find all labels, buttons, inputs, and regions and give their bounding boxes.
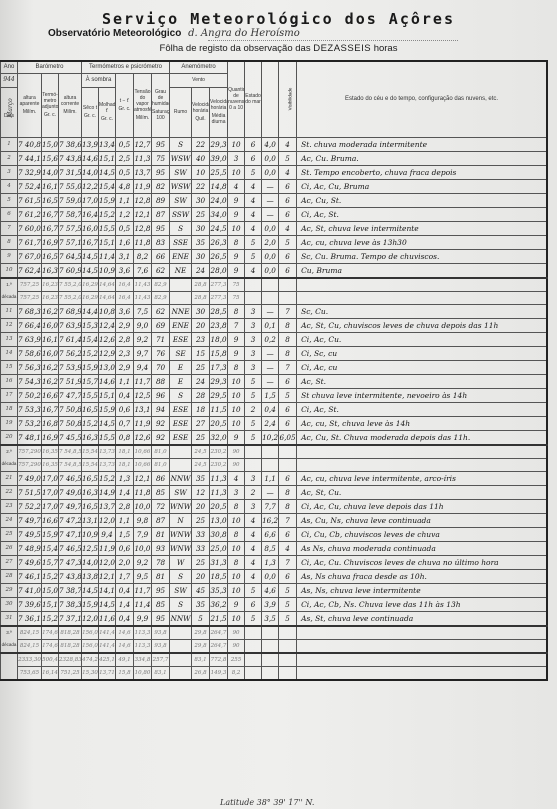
table-row: 317 36,1015,27 37,1012,011,60,49,995NNW5… — [1, 611, 548, 626]
value-cell: 30 — [192, 304, 210, 318]
value-cell: 9 — [228, 332, 245, 346]
value-cell: 7 — [228, 318, 245, 332]
value-cell: 2,8 — [116, 332, 134, 346]
value-cell: 7 52,45 — [18, 179, 42, 193]
ledger-sheet: Serviço Meteorológico dos Açôres Observa… — [0, 0, 557, 809]
summary-cell: 82,9 — [152, 291, 170, 304]
value-cell: 10 — [228, 416, 245, 430]
value-cell: 10 — [228, 165, 245, 179]
value-cell: 2 — [245, 402, 262, 416]
summary-cell: 772,8 — [210, 653, 228, 667]
value-cell: 96 — [152, 388, 170, 402]
value-cell: 70 — [152, 360, 170, 374]
value-cell: 5 — [279, 151, 297, 165]
summary-cell: 10,80 — [134, 666, 152, 680]
value-cell: 18,5 — [210, 569, 228, 583]
value-cell: 7 54,35 — [18, 374, 42, 388]
summary-cell: 16,4 — [116, 291, 134, 304]
summary-cell: 500,4 — [42, 653, 59, 667]
summary-cell: 15,54 — [82, 445, 99, 459]
summary-cell: 141,4 — [99, 626, 116, 640]
summary-cell — [170, 639, 192, 653]
value-cell: 4,6 — [262, 583, 279, 597]
value-cell: 3,6 — [116, 304, 134, 318]
value-cell: 12,1 — [134, 471, 152, 485]
value-cell: 10 — [228, 221, 245, 235]
value-cell: 0,4 — [116, 388, 134, 402]
value-cell: ENE — [170, 249, 192, 263]
value-cell: 7 46,51 — [59, 541, 82, 555]
day-cell: 23 — [1, 499, 18, 513]
summary-cell: 18,1 — [116, 458, 134, 471]
value-cell: 9,9 — [134, 611, 152, 626]
value-cell: 10 — [228, 583, 245, 597]
value-cell: 6 — [279, 402, 297, 416]
value-cell: 22 — [192, 137, 210, 151]
summary-cell: 75 — [228, 278, 245, 292]
value-cell: 17,0 — [42, 471, 59, 485]
value-cell: 95 — [152, 165, 170, 179]
value-cell: 24,0 — [210, 193, 228, 207]
summary-cell: 13,73 — [99, 458, 116, 471]
day-cell: 29 — [1, 583, 18, 597]
value-cell: 7 47,77 — [59, 388, 82, 402]
value-cell: 4 — [245, 263, 262, 278]
remark-cell: Ac, St, chuva leve intermitente — [297, 221, 547, 235]
value-cell: 9 — [228, 597, 245, 611]
sheet-title: Fôlha de registo da observação das DEZAS… — [0, 43, 557, 54]
value-cell: 10,0 — [134, 541, 152, 555]
value-cell: 95 — [152, 137, 170, 151]
value-cell: 7 — [279, 555, 297, 569]
value-cell: 26,5 — [210, 249, 228, 263]
summary-cell — [279, 445, 297, 459]
table-row: 167 54,3516,27 51,9415,714,61,111,788E24… — [1, 374, 548, 388]
remark-cell: Ci, Cu, Cb, chuviscos leves de chuva — [297, 527, 547, 541]
value-cell: SW — [170, 485, 192, 499]
value-cell: — — [262, 374, 279, 388]
value-cell: 11,8 — [134, 485, 152, 499]
summary-cell: 16,35 — [42, 445, 59, 459]
day-cell: 17 — [1, 388, 18, 402]
value-cell: 15,6 — [42, 151, 59, 165]
summary-row: 757,29016,357 54,8,5015,5413,7318,110,66… — [1, 458, 548, 471]
value-cell: 12,6 — [134, 430, 152, 445]
remark-cell: Sc, Cu. — [297, 304, 547, 318]
observatory-line: Observatório Meteorológico d. Angra do H… — [48, 28, 300, 39]
value-cell: 87 — [152, 207, 170, 221]
summary-cell: 751,25 — [59, 666, 82, 680]
value-cell: 7,6 — [134, 263, 152, 278]
value-cell: 0,6 — [116, 402, 134, 416]
observatory-name: d. Angra do Heroísmo — [188, 28, 300, 39]
value-cell: 0,5 — [116, 137, 134, 151]
value-cell: 7 — [279, 304, 297, 318]
summary-row: 3.ª década824,15174,6818,28156,0141,414,… — [1, 626, 548, 640]
remark-cell: As, Cu, Ns, chuva leve continuada — [297, 513, 547, 527]
summary-cell — [245, 639, 262, 653]
remark-cell: Ac, Cu, St. — [297, 193, 547, 207]
value-cell: 7 — [279, 513, 297, 527]
summary-cell — [279, 639, 297, 653]
value-cell: 2,9 — [116, 360, 134, 374]
value-cell: 4 — [279, 165, 297, 179]
summary-label: 3.ª década — [1, 626, 18, 653]
value-cell: 71 — [152, 332, 170, 346]
summary-cell: 16,35 — [42, 458, 59, 471]
summary-remark-blank — [297, 666, 547, 680]
value-cell: 7 38,36 — [59, 597, 82, 611]
value-cell: 6 — [279, 471, 297, 485]
value-cell: 0,6 — [116, 541, 134, 555]
summary-cell: 141,4 — [99, 639, 116, 653]
summary-cell: 818,28 — [59, 639, 82, 653]
summary-cell — [262, 445, 279, 459]
summary-cell: 24,5 — [192, 445, 210, 459]
remark-cell: Ac, cu, chuva leve às 13h30 — [297, 235, 547, 249]
summary-cell: 81,0 — [152, 458, 170, 471]
value-cell: 11,9 — [99, 541, 116, 555]
value-cell: 14,6 — [82, 151, 99, 165]
value-cell: ESE — [170, 402, 192, 416]
value-cell: 12,0 — [82, 611, 99, 626]
value-cell: 82 — [152, 179, 170, 193]
remark-cell: As, Ns chuva fraca desde as 10h. — [297, 569, 547, 583]
summary-cell — [245, 653, 262, 667]
value-cell: 9,5 — [134, 569, 152, 583]
value-cell: 20 — [192, 569, 210, 583]
table-row: 297 41,0015,07 38,7714,514,10,411,795SW4… — [1, 583, 548, 597]
value-cell: 2,4 — [262, 416, 279, 430]
value-cell: 13,9 — [82, 137, 99, 151]
value-cell: 4 — [245, 527, 262, 541]
value-cell: 3 — [228, 151, 245, 165]
remark-cell: Ci, Ac, Cu. — [297, 332, 547, 346]
value-cell: 69 — [152, 318, 170, 332]
value-cell: 6 — [279, 527, 297, 541]
value-cell: ESE — [170, 430, 192, 445]
value-cell: SSW — [170, 207, 192, 221]
summary-remark-blank — [297, 278, 547, 292]
value-cell: 9,2 — [134, 555, 152, 569]
summary-cell: 10,66 — [134, 445, 152, 459]
value-cell: 12,2 — [82, 179, 99, 193]
summary-cell: 7 54,8,50 — [59, 458, 82, 471]
remark-cell: Ac, cu, St, chuva leve às 14h — [297, 416, 547, 430]
year-header: Ano — [1, 61, 18, 73]
summary-cell — [170, 291, 192, 304]
value-cell: 6 — [245, 597, 262, 611]
value-cell: 22 — [192, 179, 210, 193]
summary-remark-blank — [297, 639, 547, 653]
table-row: 147 58,6516,07 56,2515,212,92,39,776SE15… — [1, 346, 548, 360]
value-cell: 12,5 — [134, 388, 152, 402]
value-cell: 30 — [192, 193, 210, 207]
value-cell: 16,1 — [42, 179, 59, 193]
value-cell: 85 — [152, 485, 170, 499]
summary-cell: 7 55,2,05 — [59, 278, 82, 292]
remark-cell: As, Ns, chuva leve intermitente — [297, 583, 547, 597]
value-cell: 7 50,81 — [59, 416, 82, 430]
summary-cell: 474,2 — [82, 653, 99, 667]
value-cell: 4 — [279, 137, 297, 151]
value-cell: 15,5 — [99, 221, 116, 235]
summary-cell: 18,1 — [116, 445, 134, 459]
day-cell: 22 — [1, 485, 18, 499]
value-cell: 34,0 — [210, 207, 228, 221]
value-cell: 6 — [279, 207, 297, 221]
value-cell: 7 49,55 — [18, 527, 42, 541]
value-cell: 1,7 — [116, 569, 134, 583]
value-cell: 7 66,40 — [18, 318, 42, 332]
value-cell: 5 — [279, 597, 297, 611]
value-cell: 7 40,85 — [18, 137, 42, 151]
barometer-group-header: Barómetro — [18, 61, 82, 73]
summary-cell — [279, 666, 297, 680]
value-cell: SSE — [170, 235, 192, 249]
value-cell: 8 — [228, 304, 245, 318]
value-cell: 16,2 — [42, 374, 59, 388]
value-cell: 16,7 — [42, 221, 59, 235]
value-cell: 13,7 — [99, 499, 116, 513]
summary-cell — [279, 626, 297, 640]
value-cell: 7 61,47 — [59, 332, 82, 346]
remark-cell: Ci, Ac, St. — [297, 402, 547, 416]
value-cell: 3 — [245, 318, 262, 332]
value-cell: 4 — [245, 513, 262, 527]
value-cell: 3,6 — [116, 263, 134, 278]
value-cell: 4 — [245, 193, 262, 207]
value-cell: 7 47,18 — [59, 527, 82, 541]
value-cell: 12,4 — [99, 318, 116, 332]
col-termometro-adjunto: Termó-metro adjuntoGr. c. — [42, 73, 59, 137]
col-visibility: Visibilidade — [279, 61, 297, 137]
value-cell: 20,5 — [210, 499, 228, 513]
value-cell: 7 58,65 — [18, 346, 42, 360]
value-cell: 7 43,84 — [59, 151, 82, 165]
summary-cell: 174,6 — [42, 626, 59, 640]
summary-label: 1.ª década — [1, 278, 18, 305]
table-row: 137 63,9016,17 61,4715,412,62,89,271ESE2… — [1, 332, 548, 346]
wind-header: Vento — [170, 73, 228, 87]
value-cell: — — [262, 179, 279, 193]
value-cell: 1,6 — [116, 235, 134, 249]
col-altura-corrente: altura correnteMilím. — [59, 73, 82, 137]
value-cell: 7,9 — [134, 527, 152, 541]
summary-row: 757,2516,237 55,2,0516,2914,6416,411,438… — [1, 291, 548, 304]
value-cell: — — [262, 207, 279, 221]
value-cell: 18,0 — [210, 332, 228, 346]
value-cell: 0,0 — [262, 165, 279, 179]
value-cell: 2,0 — [262, 235, 279, 249]
value-cell: 16,5 — [82, 402, 99, 416]
day-cell: 21 — [1, 471, 18, 485]
summary-row: 753,6516,14751,2515,3013,7115,810,8083,1… — [1, 666, 548, 680]
observatory-label: Observatório Meteorológico — [48, 28, 181, 39]
summary-cell — [245, 666, 262, 680]
table-row: 177 50,2016,67 47,7715,515,10,412,596S28… — [1, 388, 548, 402]
sheet-hour: DEZASSEIS — [313, 43, 371, 54]
value-cell: 7 50,20 — [18, 388, 42, 402]
value-cell: 62 — [152, 263, 170, 278]
value-cell: 1,1 — [116, 193, 134, 207]
summary-cell: 8,2 — [228, 666, 245, 680]
value-cell: 26,3 — [210, 235, 228, 249]
day-cell: 30 — [1, 597, 18, 611]
value-cell: 11,5 — [210, 402, 228, 416]
value-cell: 0,0 — [262, 151, 279, 165]
value-cell: 4 — [245, 179, 262, 193]
table-row: 57 61,5516,57 59,0917,015,91,112,889SW30… — [1, 193, 548, 207]
summary-cell — [170, 458, 192, 471]
value-cell: 6 — [279, 193, 297, 207]
summary-cell: 257,7 — [152, 653, 170, 667]
sheet-title-pre: Fôlha de registo da observação das — [160, 43, 311, 54]
summary-cell — [245, 291, 262, 304]
value-cell: 2,3 — [116, 346, 134, 360]
value-cell: 7 47,25 — [59, 513, 82, 527]
remark-cell: Ci, Ac, Cu, chuva leve depois das 11h — [297, 499, 547, 513]
value-cell: 10 — [228, 569, 245, 583]
value-cell: 1,4 — [116, 597, 134, 611]
summary-cell: 757,25 — [18, 278, 42, 292]
value-cell: 81 — [152, 527, 170, 541]
value-cell: 7 39,60 — [18, 597, 42, 611]
value-cell: 12,1 — [134, 207, 152, 221]
value-cell: 6,05 — [279, 430, 297, 445]
summary-cell: 82,9 — [152, 278, 170, 292]
col-wind-speed-mean: Velocidade horáriaMédia diurna — [210, 87, 228, 137]
value-cell: 7 64,52 — [59, 249, 82, 263]
value-cell: 3 — [245, 346, 262, 360]
day-cell: 31 — [1, 611, 18, 626]
value-cell: 7 56,35 — [18, 360, 42, 374]
value-cell: 0,0 — [262, 249, 279, 263]
value-cell: WSW — [170, 179, 192, 193]
summary-cell: 2328,83 — [59, 653, 82, 667]
table-row: 37 32,9014,07 31,5114,014,50,513,795SW10… — [1, 165, 548, 179]
value-cell: 7 62,45 — [18, 263, 42, 278]
value-cell: 5 — [245, 249, 262, 263]
value-cell: 7 57,52 — [59, 221, 82, 235]
value-cell: 7 46,10 — [18, 569, 42, 583]
value-cell: 7 52,20 — [18, 499, 42, 513]
day-cell: 11 — [1, 304, 18, 318]
day-cell: 7 — [1, 221, 18, 235]
col-wet: Molhado t'Gr. c. — [99, 87, 116, 137]
value-cell: 6 — [245, 137, 262, 151]
value-cell: 7 41,00 — [18, 583, 42, 597]
value-cell: 7 49,00 — [59, 485, 82, 499]
value-cell: 10 — [228, 611, 245, 626]
value-cell: 72 — [152, 499, 170, 513]
summary-cell: 14,6 — [116, 639, 134, 653]
summary-cell: 13,71 — [99, 666, 116, 680]
value-cell: 16,4 — [82, 207, 99, 221]
value-cell: 14,5 — [99, 416, 116, 430]
summary-cell — [170, 653, 192, 667]
value-cell: 12,0 — [99, 555, 116, 569]
value-cell: 7 46,50 — [59, 471, 82, 485]
value-cell: 6 — [279, 179, 297, 193]
summary-cell: 15,30 — [82, 666, 99, 680]
value-cell: 4 — [245, 541, 262, 555]
summary-cell: 818,28 — [59, 626, 82, 640]
summary-remark-blank — [297, 445, 547, 459]
summary-cell: 28,8 — [192, 278, 210, 292]
value-cell: 2,5 — [116, 151, 134, 165]
value-cell: 75 — [152, 151, 170, 165]
summary-remark-blank — [297, 653, 547, 667]
remark-cell: Ac, cu, chuva leve intermitente, arco-ír… — [297, 471, 547, 485]
value-cell: WNW — [170, 527, 192, 541]
value-cell: 8 — [228, 499, 245, 513]
summary-cell: 15,8 — [116, 666, 134, 680]
summary-cell: 149,3 — [210, 666, 228, 680]
value-cell: 14,0 — [82, 555, 99, 569]
value-cell: 16,9 — [42, 430, 59, 445]
value-cell: 14,1 — [99, 583, 116, 597]
value-cell: 7 55,05 — [59, 179, 82, 193]
summary-cell: 29,8 — [192, 626, 210, 640]
value-cell: 12,8 — [134, 221, 152, 235]
value-cell: 13,1 — [134, 402, 152, 416]
table-row: 217 49,0017,07 46,5016,515,21,312,186NNW… — [1, 471, 548, 485]
day-cell: 20 — [1, 430, 18, 445]
value-cell: 62 — [152, 304, 170, 318]
summary-row: 1.ª década757,2516,237 55,2,0516,2914,64… — [1, 278, 548, 292]
value-cell: SW — [170, 583, 192, 597]
remark-cell: Ci, Sc, cu — [297, 346, 547, 360]
value-cell: 15,0 — [42, 137, 59, 151]
value-cell: 16,0 — [82, 221, 99, 235]
value-cell: 7 49,70 — [18, 513, 42, 527]
remark-cell: Ci, Ac, St. — [297, 207, 547, 221]
value-cell: 15 — [192, 346, 210, 360]
value-cell: 13,8 — [82, 569, 99, 583]
value-cell: 95 — [152, 221, 170, 235]
value-cell: 4 — [245, 569, 262, 583]
summary-cell: 14,64 — [99, 278, 116, 292]
day-cell: 15 — [1, 360, 18, 374]
value-cell: — — [262, 193, 279, 207]
value-cell: 11,9 — [134, 179, 152, 193]
value-cell: 7 49,60 — [18, 555, 42, 569]
summary-cell — [262, 278, 279, 292]
value-cell: 16,9 — [42, 235, 59, 249]
value-cell: 15,2 — [99, 471, 116, 485]
summary-label: 2.ª década — [1, 445, 18, 472]
value-cell: 4 — [245, 221, 262, 235]
value-cell: 7 60,99 — [59, 263, 82, 278]
observation-table: Ano Barómetro Termómetros e psicrómetro … — [0, 60, 548, 681]
value-cell: 25 — [192, 207, 210, 221]
remark-cell: Ci, Ac, Cu, Bruma — [297, 179, 547, 193]
value-cell: 7 61,20 — [18, 207, 42, 221]
value-cell: 25 — [192, 555, 210, 569]
value-cell: 10,9 — [82, 527, 99, 541]
value-cell: 5 — [245, 165, 262, 179]
value-cell: 1,1 — [262, 471, 279, 485]
value-cell: WNW — [170, 541, 192, 555]
value-cell: 1,3 — [262, 555, 279, 569]
value-cell: 9 — [228, 249, 245, 263]
value-cell: 0,5 — [116, 221, 134, 235]
summary-cell — [262, 666, 279, 680]
summary-cell: 90 — [228, 445, 245, 459]
value-cell: 95 — [152, 583, 170, 597]
value-cell: 7 43,84 — [59, 569, 82, 583]
